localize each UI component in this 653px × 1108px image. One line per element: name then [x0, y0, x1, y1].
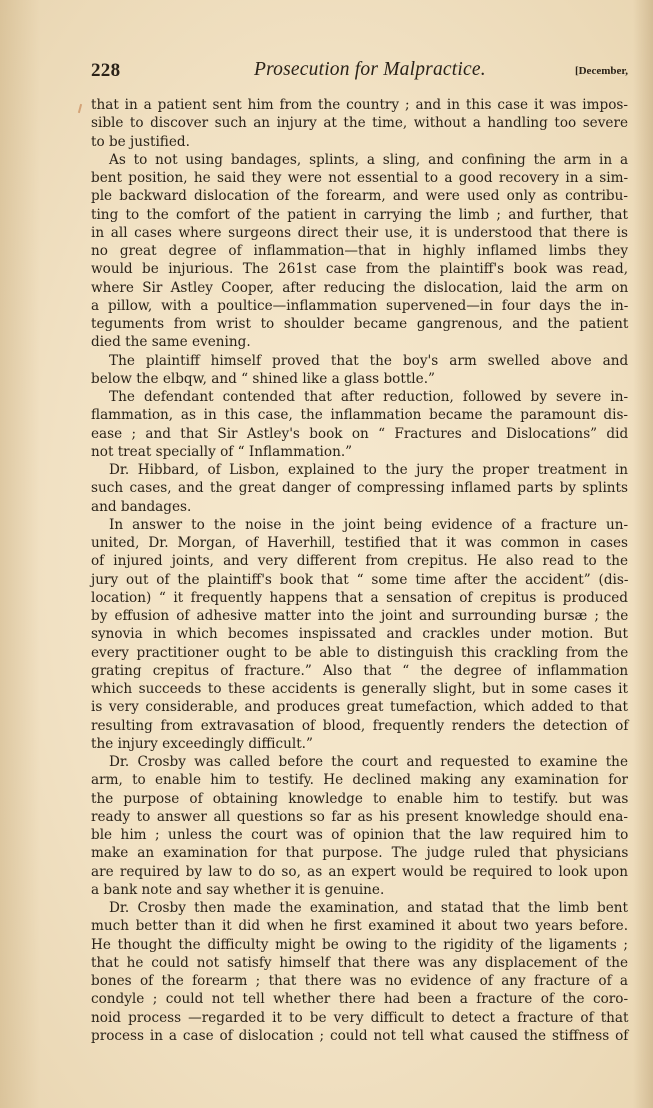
text-line: a pillow, with a poultice—inflammation s…: [91, 297, 628, 315]
text-line: Dr. Crosby was called before the court a…: [91, 753, 628, 771]
text-line: below the elbqw, and “ shined like a gla…: [91, 370, 628, 388]
text-line: jury out of the plaintiff's book that “ …: [91, 571, 628, 589]
paragraph: As to not using bandages, splints, a sli…: [91, 151, 628, 352]
text-line: such cases, and the great danger of comp…: [91, 479, 628, 497]
text-line: would be injurious. The 261st case from …: [91, 260, 628, 278]
paragraph: Dr. Hibbard, of Lisbon, explained to the…: [91, 461, 628, 516]
text-line: resulting from extravasation of blood, f…: [91, 717, 628, 735]
text-line: flammation, as in this case, the inflamm…: [91, 406, 628, 424]
text-line: every practitioner ought to be able to d…: [91, 644, 628, 662]
page-gutter-shadow: [0, 0, 40, 1108]
text-line: bent position, he said they were not ess…: [91, 169, 628, 187]
text-line: In answer to the noise in the joint bein…: [91, 516, 628, 534]
text-line: ple backward dislocation of the forearm,…: [91, 187, 628, 205]
text-line: make an examination for that purpose. Th…: [91, 844, 628, 862]
paragraph: that in a patient sent him from the coun…: [91, 96, 628, 151]
running-head: 228 Prosecution for Malpractice. [Decemb…: [91, 60, 628, 86]
running-date: [December,: [575, 65, 628, 77]
text-line: Dr. Hibbard, of Lisbon, explained to the…: [91, 461, 628, 479]
text-line: by effusion of adhesive matter into the …: [91, 607, 628, 625]
text-line: united, Dr. Morgan, of Haverhill, testif…: [91, 534, 628, 552]
text-line: location) “ it frequently happens that a…: [91, 589, 628, 607]
text-line: grating crepitus of fracture.” Also that…: [91, 662, 628, 680]
paragraph: In answer to the noise in the joint bein…: [91, 516, 628, 753]
body-text: that in a patient sent him from the coun…: [91, 96, 628, 1045]
paragraph: The defendant contended that after reduc…: [91, 388, 628, 461]
text-line: condyle ; could not tell whether there h…: [91, 990, 628, 1008]
text-line: The plaintiff himself proved that the bo…: [91, 352, 628, 370]
text-line: not treat specially of “ Inflammation.”: [91, 443, 628, 461]
text-line: teguments from wrist to shoulder became …: [91, 315, 628, 333]
text-line: ease ; and that Sir Astley's book on “ F…: [91, 425, 628, 443]
text-line: The defendant contended that after reduc…: [91, 388, 628, 406]
text-line: to be justified.: [91, 133, 628, 151]
paragraph: Dr. Crosby was called before the court a…: [91, 753, 628, 899]
text-line: of injured joints, and very different fr…: [91, 552, 628, 570]
page-edge-shadow: [633, 0, 653, 1108]
text-line: sible to discover such an injury at the …: [91, 114, 628, 132]
margin-ink-mark: [78, 104, 82, 113]
text-line: which succeeds to these accidents is gen…: [91, 680, 628, 698]
text-line: process in a case of dislocation ; could…: [91, 1027, 628, 1045]
text-line: that he could not satisfy himself that t…: [91, 954, 628, 972]
text-line: and bandages.: [91, 498, 628, 516]
page-number: 228: [91, 60, 120, 82]
book-page: 228 Prosecution for Malpractice. [Decemb…: [0, 0, 653, 1108]
text-line: the purpose of obtaining knowledge to en…: [91, 790, 628, 808]
text-line: where Sir Astley Cooper, after reducing …: [91, 279, 628, 297]
text-line: ready to answer all questions so far as …: [91, 808, 628, 826]
text-line: that in a patient sent him from the coun…: [91, 96, 628, 114]
text-line: ble him ; unless the court was of opinio…: [91, 826, 628, 844]
paragraph: The plaintiff himself proved that the bo…: [91, 352, 628, 389]
text-line: synovia in which becomes inspissated and…: [91, 625, 628, 643]
text-line: is very considerable, and produces great…: [91, 698, 628, 716]
text-line: died the same evening.: [91, 333, 628, 351]
text-line: As to not using bandages, splints, a sli…: [91, 151, 628, 169]
text-line: are required by law to do so, as an expe…: [91, 863, 628, 881]
text-line: arm, to enable him to testify. He declin…: [91, 771, 628, 789]
running-title: Prosecution for Malpractice.: [254, 59, 486, 81]
text-line: no great degree of inflammation—that in …: [91, 242, 628, 260]
text-line: He thought the difficulty might be owing…: [91, 936, 628, 954]
paragraph: Dr. Crosby then made the examination, an…: [91, 899, 628, 1045]
text-line: bones of the forearm ; that there was no…: [91, 972, 628, 990]
text-line: a bank note and say whether it is genuin…: [91, 881, 628, 899]
text-line: Dr. Crosby then made the examination, an…: [91, 899, 628, 917]
text-line: much better than it did when he first ex…: [91, 917, 628, 935]
text-line: the injury exceedingly difficult.”: [91, 735, 628, 753]
text-line: noid process —regarded it to be very dif…: [91, 1009, 628, 1027]
text-line: in all cases where surgeons direct their…: [91, 224, 628, 242]
text-line: ting to the comfort of the patient in ca…: [91, 206, 628, 224]
